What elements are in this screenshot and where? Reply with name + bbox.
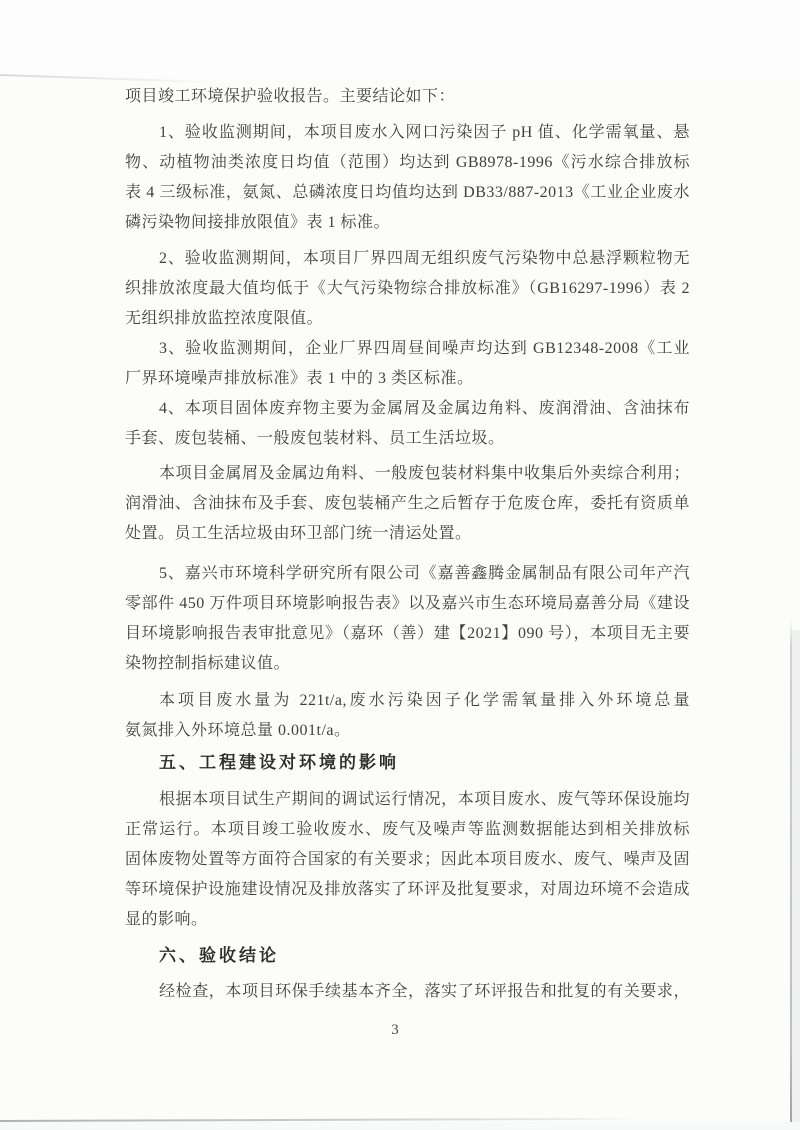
wastewater-total-line-1: 本项目废水量为 221t/a,废水污染因子化学需氧量排入外环境总量 0.011t… <box>125 686 690 716</box>
section-5-para-line-2: 正常运行。本项目竣工验收废水、废气及噪声等监测数据能达到相关排放标准， <box>125 815 690 845</box>
conclusion-4-disposal-line-3: 处置。员工生活垃圾由环卫部门统一清运处置。 <box>125 519 690 549</box>
section-5-para-line-5: 显的影响。 <box>125 905 690 935</box>
section-6-heading: 六、验收结论 <box>125 941 690 971</box>
conclusion-2-line-1: 2、验收监测期间，本项目厂界四周无组织废气污染物中总悬浮颗粒物无组 <box>125 244 690 274</box>
document-page: { "report": { "lines": [ "项目竣工环境保护验收报告。主… <box>0 0 800 1130</box>
section-6-para-line-1: 经检查，本项目环保手续基本齐全，落实了环评报告和批复的有关要求，在 <box>125 977 690 1007</box>
section-5-para-line-3: 固体废物处置等方面符合国家的有关要求；因此本项目废水、废气、噪声及固废 <box>125 845 690 875</box>
section-5-heading: 五、工程建设对环境的影响 <box>125 748 690 778</box>
scan-artifact-right-edge-halo <box>792 630 800 1124</box>
scan-artifact-right-edge <box>790 618 792 1124</box>
conclusion-2-line-2: 织排放浓度最大值均低于《大气污染物综合排放标准》（GB16297-1996）表 … <box>125 274 690 304</box>
section-5-para-line-1: 根据本项目试生产期间的调试运行情况，本项目废水、废气等环保设施均能 <box>125 785 690 815</box>
intro-line: 项目竣工环境保护验收报告。主要结论如下： <box>125 82 690 112</box>
conclusion-5-line-3: 目环境影响报告表审批意见》（嘉环（善）建【2021】090 号），本项目无主要污 <box>125 619 690 649</box>
conclusion-4-line-1: 4、本项目固体废弃物主要为金属屑及金属边角料、废润滑油、含油抹布及 <box>125 394 690 424</box>
conclusion-1-line-1: 1、验收监测期间，本项目废水入网口污染因子 pH 值、化学需氧量、悬浮 <box>125 118 690 148</box>
conclusion-4-disposal-line-1: 本项目金属屑及金属边角料、一般废包装材料集中收集后外卖综合利用；废 <box>125 459 690 489</box>
conclusion-2-line-3: 无组织排放监控浓度限值。 <box>125 304 690 334</box>
page-number: 3 <box>100 1022 690 1039</box>
conclusion-4-line-2: 手套、废包装桶、一般废包装材料、员工生活垃圾。 <box>125 424 690 454</box>
conclusion-3-line-2: 厂界环境噪声排放标准》表 1 中的 3 类区标准。 <box>125 364 690 394</box>
scan-artifact-below-bottom-edge <box>0 1122 800 1130</box>
wastewater-total-line-2: 氨氮排入外环境总量 0.001t/a。 <box>125 716 690 746</box>
conclusion-1-line-3: 表 4 三级标准，氨氮、总磷浓度日均值均达到 DB33/887-2013《工业企… <box>125 178 690 208</box>
scan-band-top <box>0 0 800 75</box>
conclusion-4-disposal-line-2: 润滑油、含油抹布及手套、废包装桶产生之后暂存于危废仓库，委托有资质单位 <box>125 489 690 519</box>
conclusion-5-line-4: 染物控制指标建议值。 <box>125 649 690 679</box>
conclusion-1-line-2: 物、动植物油类浓度日均值（范围）均达到 GB8978-1996《污水综合排放标准… <box>125 148 690 178</box>
conclusion-5-line-2: 零部件 450 万件项目环境影响报告表》以及嘉兴市生态环境局嘉善分局《建设项 <box>125 589 690 619</box>
section-5-para-line-4: 等环境保护设施建设情况及排放落实了环评及批复要求，对周边环境不会造成明 <box>125 875 690 905</box>
conclusion-3-line-1: 3、验收监测期间，企业厂界四周昼间噪声均达到 GB12348-2008《工业企业 <box>125 334 690 364</box>
conclusion-5-line-1: 5、嘉兴市环境科学研究所有限公司《嘉善鑫腾金属制品有限公司年产汽车 <box>125 559 690 589</box>
conclusion-1-line-4: 磷污染物间接排放限值》表 1 标准。 <box>125 208 690 238</box>
report-body: 项目竣工环境保护验收报告。主要结论如下： 1、验收监测期间，本项目废水入网口污染… <box>125 82 690 1007</box>
